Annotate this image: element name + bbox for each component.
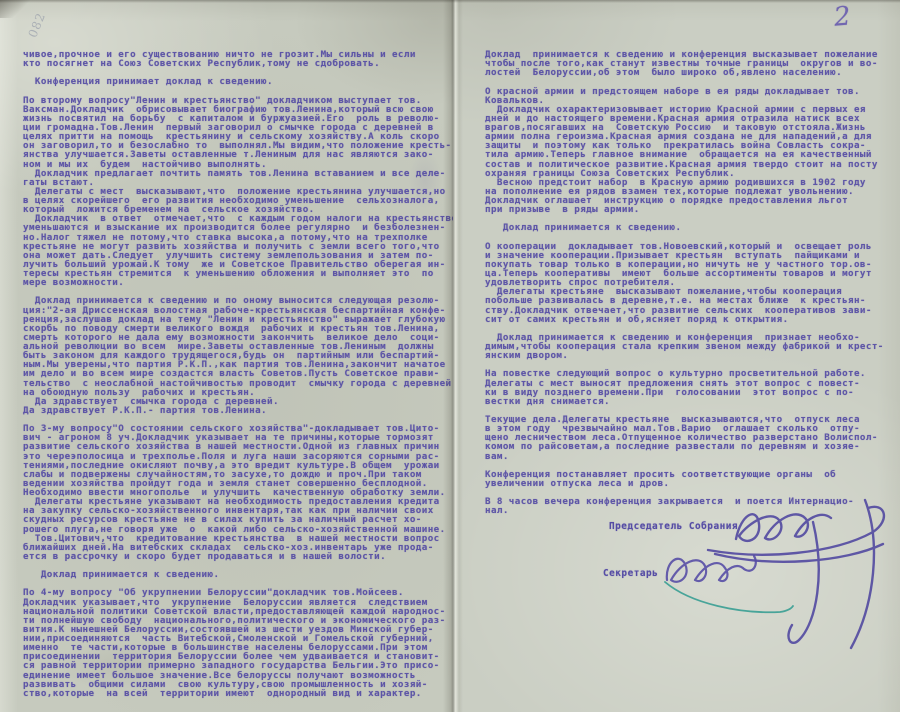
handwritten-page-number: 2 [833,1,852,32]
right-page-text: Доклад принимается к сведению и конферен… [485,50,884,515]
document-scan: 082 чивое,прочное и его существованию ни… [0,0,900,712]
page-seam [443,0,463,712]
secretary-flourish-teal [665,582,793,612]
left-page-text: чивое,прочное и его существованию ничто … [23,50,453,698]
right-page: 2 Доклад принимается к сведению и конфер… [453,0,900,712]
left-page: 082 чивое,прочное и его существованию ни… [0,0,453,712]
torn-corner [0,0,30,18]
chairman-signature-ink [708,500,884,648]
scan-top-edge [0,0,900,3]
signatures-overlay [453,462,900,712]
